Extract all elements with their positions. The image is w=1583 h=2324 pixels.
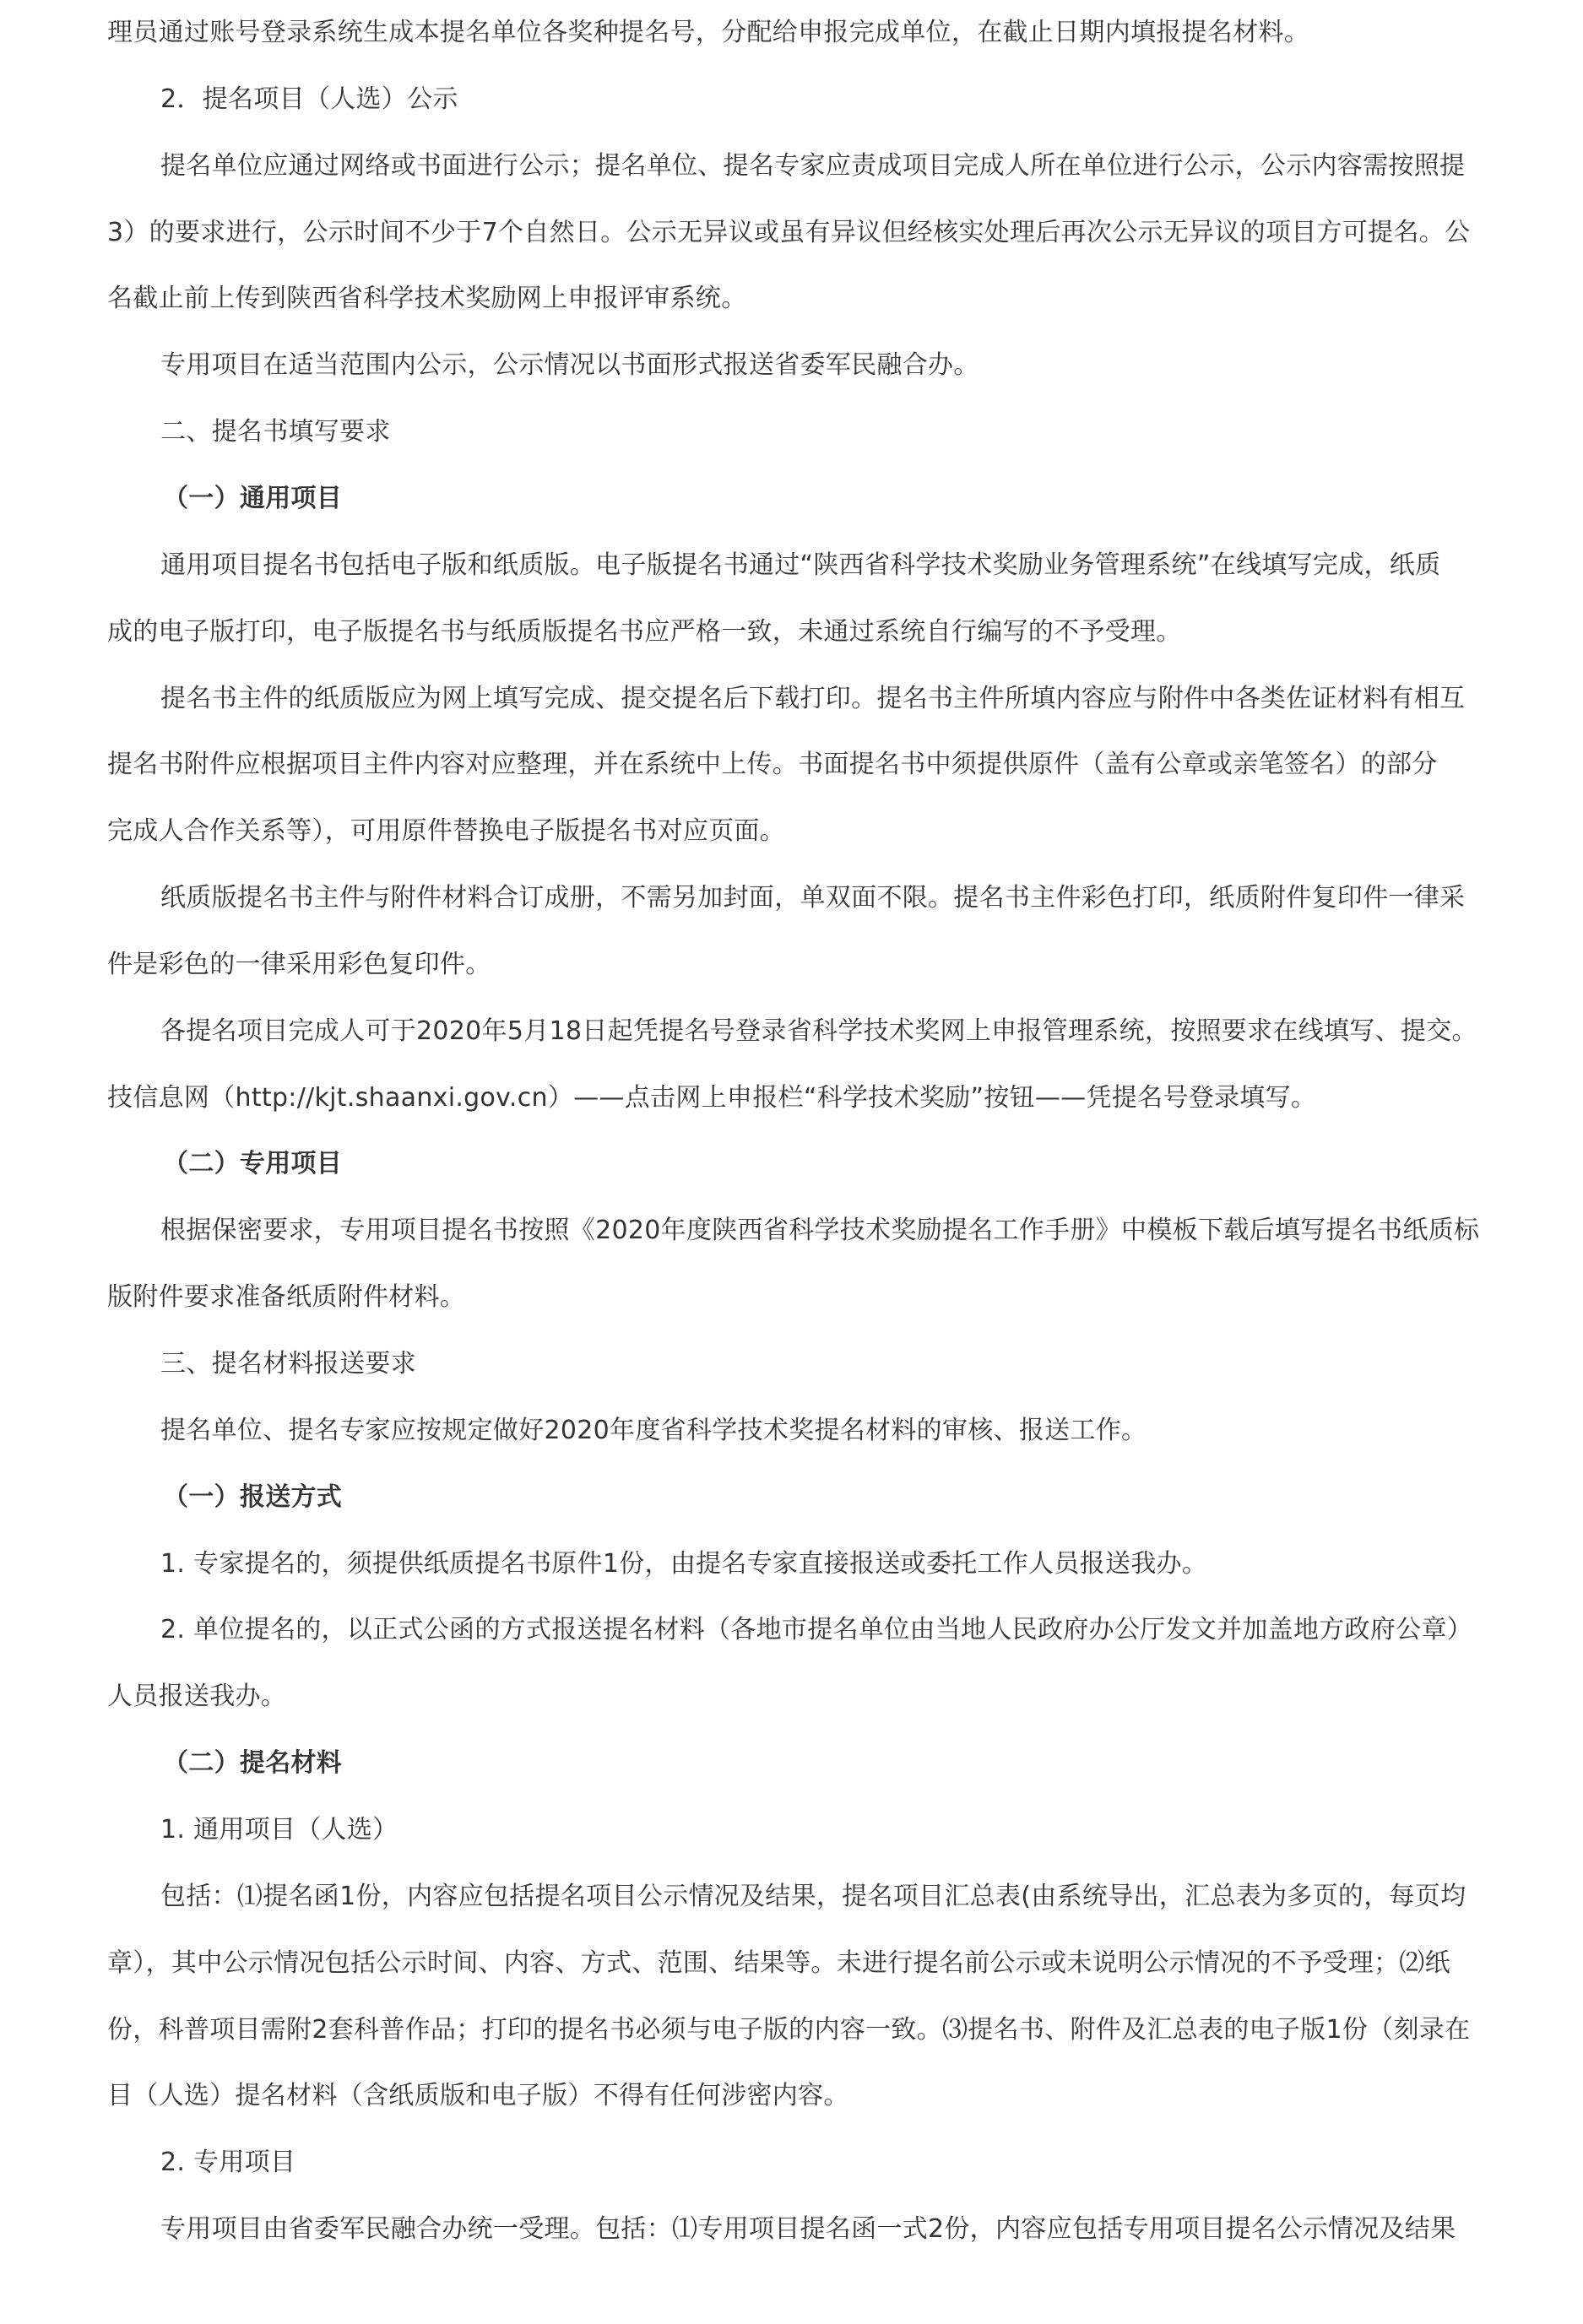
line-text: 提名书附件应根据项目主件内容对应整理，并在系统中上传。书面提名书中须提供原件（盖… — [107, 744, 1438, 786]
line-text: 专用项目在适当范围内公示，公示情况以书面形式报送省委军民融合办。 — [160, 344, 979, 387]
paragraph-line: 纸质版提名书主件与附件材料合订成册，不需另加封面，单双面不限。提名书主件彩色打印… — [0, 877, 1583, 919]
line-text: 提名书主件的纸质版应为网上填写完成、提交提名后下载打印。提名书主件所填内容应与附… — [160, 678, 1465, 720]
paragraph-continuation: 章），其中公示情况包括公示时间、内容、方式、范围、结果等。未进行提名前公示或未说… — [0, 1942, 1583, 1985]
line-text: 章），其中公示情况包括公示时间、内容、方式、范围、结果等。未进行提名前公示或未说… — [107, 1942, 1450, 1985]
line-text: 人员报送我办。 — [107, 1676, 286, 1718]
paragraph-line: 二、提名书填写要求 — [0, 411, 1583, 453]
paragraph-line: 各提名项目完成人可于2020年5月18日起凭提名号登录省科学技术奖网上申报管理系… — [0, 1010, 1583, 1053]
line-text: 通用项目提名书包括电子版和纸质版。电子版提名书通过“陕西省科学技术奖励业务管理系… — [160, 544, 1440, 587]
paragraph-continuation: 提名书附件应根据项目主件内容对应整理，并在系统中上传。书面提名书中须提供原件（盖… — [0, 744, 1583, 786]
paragraph-continuation: 名截止前上传到陕西省科学技术奖励网上申报评审系统。 — [0, 278, 1583, 320]
line-text: 目（人选）提名材料（含纸质版和电子版）不得有任何涉密内容。 — [107, 2075, 849, 2117]
section-heading: （二）提名材料 — [0, 1742, 1583, 1785]
line-text: 提名单位应通过网络或书面进行公示；提名单位、提名专家应责成项目完成人所在单位进行… — [160, 145, 1465, 187]
line-text: 2. 专用项目 — [160, 2142, 295, 2184]
section-heading: （一）报送方式 — [0, 1476, 1583, 1519]
line-text: 成的电子版打印，电子版提名书与纸质版提名书应严格一致，未通过系统自行编写的不予受… — [107, 611, 1182, 653]
line-text: 1. 通用项目（人选） — [160, 1809, 398, 1851]
line-text: （二）专用项目 — [163, 1143, 342, 1185]
line-text: 1. 专家提名的，须提供纸质提名书原件1份，由提名专家直接报送或委托工作人员报送… — [160, 1543, 1207, 1585]
section-heading: （一）通用项目 — [0, 478, 1583, 520]
paragraph-continuation: 版附件要求准备纸质附件材料。 — [0, 1276, 1583, 1319]
paragraph-line: 2. 专用项目 — [0, 2142, 1583, 2184]
line-text: （一）通用项目 — [163, 478, 342, 520]
paragraph-continuation: 技信息网（http://kjt.shaanxi.gov.cn）——点击网上申报栏… — [0, 1077, 1583, 1119]
paragraph-line: 三、提名材料报送要求 — [0, 1343, 1583, 1385]
paragraph-line: 提名书主件的纸质版应为网上填写完成、提交提名后下载打印。提名书主件所填内容应与附… — [0, 678, 1583, 720]
line-text: 完成人合作关系等），可用原件替换电子版提名书对应页面。 — [107, 810, 785, 853]
line-text: 提名单位、提名专家应按规定做好2020年度省科学技术奖提名材料的审核、报送工作。 — [160, 1410, 1147, 1452]
paragraph-continuation: 目（人选）提名材料（含纸质版和电子版）不得有任何涉密内容。 — [0, 2075, 1583, 2117]
line-text: 份，科普项目需附2套科普作品；打印的提名书必须与电子版的内容一致。⑶提名书、附件… — [107, 2009, 1470, 2051]
line-text: 2．提名项目（人选）公示 — [160, 79, 458, 121]
line-text: （一）报送方式 — [163, 1476, 342, 1519]
line-text: （二）提名材料 — [163, 1742, 342, 1785]
line-text: 理员通过账号登录系统生成本提名单位各奖种提名号，分配给申报完成单位，在截止日期内… — [107, 12, 1309, 54]
line-text: 包括：⑴提名函1份，内容应包括提名项目公示情况及结果，提名项目汇总表(由系统导出… — [160, 1876, 1466, 1918]
paragraph-continuation: 3）的要求进行，公示时间不少于7个自然日。公示无异议或虽有异议但经核实处理后再次… — [0, 212, 1583, 254]
paragraph-line: 2. 单位提名的，以正式公函的方式报送提名材料（各地市提名单位由当地人民政府办公… — [0, 1609, 1583, 1651]
paragraph-continuation: 份，科普项目需附2套科普作品；打印的提名书必须与电子版的内容一致。⑶提名书、附件… — [0, 2009, 1583, 2051]
line-text: 根据保密要求，专用项目提名书按照《2020年度陕西省科学技术奖励提名工作手册》中… — [160, 1210, 1479, 1252]
paragraph-continuation: 理员通过账号登录系统生成本提名单位各奖种提名号，分配给申报完成单位，在截止日期内… — [0, 12, 1583, 54]
paragraph-line: 包括：⑴提名函1份，内容应包括提名项目公示情况及结果，提名项目汇总表(由系统导出… — [0, 1876, 1583, 1918]
line-text: 各提名项目完成人可于2020年5月18日起凭提名号登录省科学技术奖网上申报管理系… — [160, 1010, 1477, 1053]
paragraph-line: 通用项目提名书包括电子版和纸质版。电子版提名书通过“陕西省科学技术奖励业务管理系… — [0, 544, 1583, 587]
paragraph-line: 专用项目在适当范围内公示，公示情况以书面形式报送省委军民融合办。 — [0, 344, 1583, 387]
paragraph-continuation: 完成人合作关系等），可用原件替换电子版提名书对应页面。 — [0, 810, 1583, 853]
line-text: 名截止前上传到陕西省科学技术奖励网上申报评审系统。 — [107, 278, 747, 320]
paragraph-line: 1. 通用项目（人选） — [0, 1809, 1583, 1851]
line-text: 3）的要求进行，公示时间不少于7个自然日。公示无异议或虽有异议但经核实处理后再次… — [107, 212, 1470, 254]
paragraph-line: 2．提名项目（人选）公示 — [0, 79, 1583, 121]
paragraph-line: 1. 专家提名的，须提供纸质提名书原件1份，由提名专家直接报送或委托工作人员报送… — [0, 1543, 1583, 1585]
line-text: 三、提名材料报送要求 — [160, 1343, 416, 1385]
paragraph-continuation: 件是彩色的一律采用彩色复印件。 — [0, 944, 1583, 986]
paragraph-continuation: 成的电子版打印，电子版提名书与纸质版提名书应严格一致，未通过系统自行编写的不予受… — [0, 611, 1583, 653]
paragraph-line: 提名单位应通过网络或书面进行公示；提名单位、提名专家应责成项目完成人所在单位进行… — [0, 145, 1583, 187]
line-text: 二、提名书填写要求 — [160, 411, 391, 453]
paragraph-line: 提名单位、提名专家应按规定做好2020年度省科学技术奖提名材料的审核、报送工作。 — [0, 1410, 1583, 1452]
paragraph-line: 根据保密要求，专用项目提名书按照《2020年度陕西省科学技术奖励提名工作手册》中… — [0, 1210, 1583, 1252]
line-text: 纸质版提名书主件与附件材料合订成册，不需另加封面，单双面不限。提名书主件彩色打印… — [160, 877, 1465, 919]
paragraph-continuation: 人员报送我办。 — [0, 1676, 1583, 1718]
line-text: 件是彩色的一律采用彩色复印件。 — [107, 944, 491, 986]
line-text: 版附件要求准备纸质附件材料。 — [107, 1276, 465, 1319]
paragraph-line: 专用项目由省委军民融合办统一受理。包括：⑴专用项目提名函一式2份，内容应包括专用… — [0, 2208, 1583, 2251]
line-text: 专用项目由省委军民融合办统一受理。包括：⑴专用项目提名函一式2份，内容应包括专用… — [160, 2208, 1456, 2251]
section-heading: （二）专用项目 — [0, 1143, 1583, 1185]
document-page: 理员通过账号登录系统生成本提名单位各奖种提名号，分配给申报完成单位，在截止日期内… — [0, 0, 1583, 2324]
line-text: 2. 单位提名的，以正式公函的方式报送提名材料（各地市提名单位由当地人民政府办公… — [160, 1609, 1472, 1651]
line-text: 技信息网（http://kjt.shaanxi.gov.cn）——点击网上申报栏… — [107, 1077, 1316, 1119]
